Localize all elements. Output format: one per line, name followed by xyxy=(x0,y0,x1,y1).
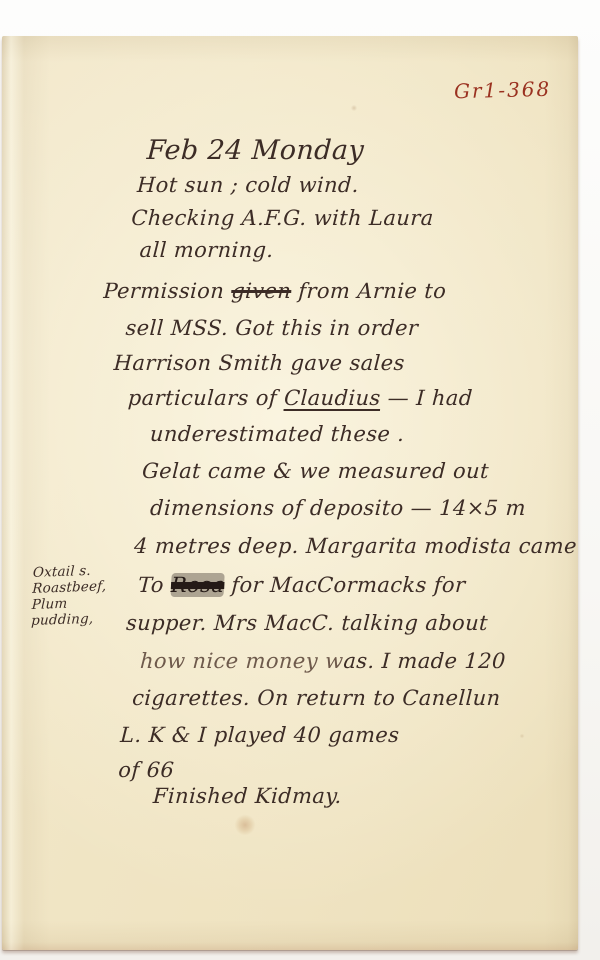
handwriting-segment: for MacCormacks for xyxy=(224,573,466,597)
handwriting-segment-underline: Claudius xyxy=(284,386,382,410)
diary-line: dimensions of deposito — 14×5 m xyxy=(149,493,573,523)
handwriting-segment: Hot sun ; cold wind. xyxy=(136,173,359,197)
diary-line: how nice money was. I made 120 xyxy=(139,646,565,676)
handwriting-segment: Harrison Smith gave sales xyxy=(113,351,405,375)
handwriting-segment: from Arnie to xyxy=(291,279,447,303)
handwriting-segment: cigarettes. On return to Canellun xyxy=(132,686,502,710)
handwriting-segment-faint: how nice money w xyxy=(139,649,344,673)
handwriting-segment: as. I made 120 xyxy=(343,649,507,673)
handwriting-segment-strike: given xyxy=(231,279,292,303)
handwriting-segment: dimensions of deposito — 14×5 m xyxy=(150,496,527,520)
handwriting-segment-scribble: Rosa xyxy=(170,573,225,597)
diary-line: Checking A.F.G. with Laura xyxy=(131,203,589,233)
diary-line: Permission given from Arnie to xyxy=(103,276,585,306)
diary-line: supper. Mrs MacC. talking about xyxy=(125,608,567,638)
handwriting-segment: sell MSS. Got this in order xyxy=(125,316,419,340)
handwriting-segment: of 66 xyxy=(118,758,175,782)
handwriting-segment: Gelat came & we measured out xyxy=(141,459,489,483)
diary-entry: Feb 24 Monday Hot sun ; cold wind. Check… xyxy=(76,134,591,811)
diary-line: L. K & I played 40 games xyxy=(119,720,561,750)
diary-line: Harrison Smith gave sales xyxy=(113,348,581,378)
diary-page-scan: Gr1-368 Oxtail s. Roastbeef, Plum puddin… xyxy=(2,36,578,950)
handwriting-segment: Feb 24 Monday xyxy=(146,135,365,166)
handwriting-segment: underestimated these . xyxy=(149,422,405,446)
handwriting-segment: particulars of xyxy=(127,386,285,410)
diary-line: cigarettes. On return to Canellun xyxy=(131,683,563,713)
diary-line: sell MSS. Got this in order xyxy=(125,313,583,343)
diary-line: Gelat came & we measured out xyxy=(141,456,575,486)
diary-line: underestimated these . xyxy=(149,419,577,449)
handwriting-segment: supper. Mrs MacC. talking about xyxy=(125,611,488,635)
handwriting-segment: To xyxy=(137,573,171,597)
handwriting-segment: Finished Kidmay. xyxy=(152,784,342,808)
handwriting-segment: 4 metres deep. Margarita modista came xyxy=(134,534,578,558)
diary-date-line: Feb 24 Monday xyxy=(146,134,592,168)
diary-line: all morning. xyxy=(139,235,587,265)
diary-line: To Rosa for MacCormacks for xyxy=(137,570,569,600)
catalog-number: Gr1-368 xyxy=(454,77,552,104)
diary-line: 4 metres deep. Margarita modista came xyxy=(133,531,571,561)
handwriting-segment: Permission xyxy=(103,279,232,303)
diary-line: Hot sun ; cold wind. xyxy=(136,170,590,200)
diary-line: particulars of Claudius — I had xyxy=(127,383,579,413)
handwriting-segment: all morning. xyxy=(139,238,274,262)
diary-line: Finished Kidmay. xyxy=(152,781,558,811)
handwriting-segment: — I had xyxy=(380,386,473,410)
handwriting-segment: L. K & I played 40 games xyxy=(120,723,400,747)
handwriting-segment: Checking A.F.G. with Laura xyxy=(131,206,435,230)
